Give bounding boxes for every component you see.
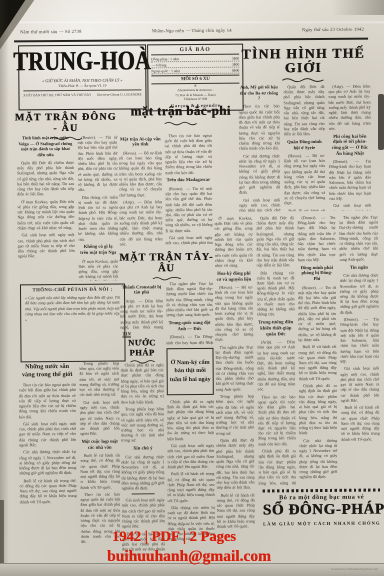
body-paragraph: Giá sinh hoạt mỗi ngày một cao, chính ph… xyxy=(340,366,379,403)
body-paragraph: (Domei). — Tin Đông-kinh cho hay hạm đội… xyxy=(166,334,214,345)
price-row: — 6 tháng 3$00 xyxy=(151,62,239,68)
body-paragraph: Giá sinh hoạt mỗi ngày một cao, chính ph… xyxy=(122,497,165,529)
body-paragraph: Giá sinh hoạt mỗi ngày một cao, chính ph… xyxy=(79,399,119,436)
body-paragraph: Chính phủ đã ra nghị định ấn định giá bá… xyxy=(121,362,164,404)
article-column: Theo tin các báo ngoại quốc thì cuộc hội… xyxy=(164,133,212,247)
headline-north-africa-front: mặt trận bắc-phi xyxy=(118,103,244,126)
underline-ornament-icon xyxy=(164,120,198,125)
price-label: Đông-pháp : 1 năm xyxy=(151,57,179,61)
body-paragraph: (Reuter). — Tin từ mặt trận cho hay quân… xyxy=(165,186,213,233)
price-row: Đông-pháp : 1 năm 5$00 xyxy=(151,56,239,62)
body-paragraph: Trong phiên họp hôm qua, các nghị viên đ… xyxy=(121,406,164,443)
body-paragraph: Chính phủ đã ra nghị định ấn định giá bá… xyxy=(166,399,214,441)
headline-western-front: MẶT TRẬN TÂY-ÂU xyxy=(119,252,214,281)
dateline-date: Ngày thứ sáu 23 Octobre 1942 xyxy=(302,27,364,32)
body-paragraph: (Arip). — Đêm hôm qua phi cơ Anh lại bay… xyxy=(120,298,163,331)
article-lede: Tình hình mặt trận miền Volga — Ở Stalin… xyxy=(18,135,73,158)
headline-france-news: TIN NƯỚC PHÁP xyxy=(119,332,164,364)
price-label: Ngoại-quốc : 1 năm xyxy=(151,69,180,73)
body-paragraph: Trong phiên họp hôm qua, các nghị viên đ… xyxy=(216,394,254,436)
scanned-content: Năm thứ mười sáu — Số 2738 Nhâm-Ngọ niên… xyxy=(0,0,384,576)
masthead-address: Thiên-Phúc B — Ấn-quán VI, 19 xyxy=(58,84,106,88)
body-paragraph: (Arip). — Đêm hôm qua phi cơ Anh lại bay… xyxy=(119,199,162,246)
underline-ornament-icon xyxy=(281,77,325,83)
article-column: Quân đội Đức đã chiếm được mấy dãy phố p… xyxy=(283,84,325,211)
article-column: (Arip). — Đêm hôm qua phi cơ Anh lại bay… xyxy=(328,84,371,211)
article-lede: Anh, Mỹ gởi tối hậu thư cho Ba-tư chống … xyxy=(239,84,278,101)
body-paragraph: Quân đội Đức đã chiếm được mấy dãy phố p… xyxy=(256,215,294,268)
gerant-name: Directeur-Gérant G. LEGENDRE xyxy=(97,92,142,96)
publication-days: XUẤT BẢN THỨ BA, THỨ NĂM VÀ THỨ BẢY xyxy=(23,93,91,98)
body-paragraph: Tàu ngầm phe Trục lại đánh đắm ngoài Đại… xyxy=(165,281,213,318)
sub-headline: Tin ngắn xyxy=(340,264,377,270)
lottery-ad: Bỏ ra một đồng bạc mua vé SỔ ĐÔNG-PHÁP L… xyxy=(263,489,381,527)
article-column: Ở mạn Kavkaz, quân Đức tiến về phía các … xyxy=(214,216,255,555)
headline-text: TÌNH HÌNH THẾ GIỚI xyxy=(241,46,365,76)
headline-text: NƯỚC PHÁP xyxy=(119,337,164,357)
article-column: Thành Cronstadt bị tàn phá(Arip). — Đêm … xyxy=(120,281,163,330)
sub-headline: Không có gì lạ trên mặt trận Nga xyxy=(79,244,117,256)
ad-title: SỔ ĐÔNG-PHÁP xyxy=(263,502,381,520)
body-paragraph: Buổi lễ cử hành rất trọng thể, có đông đ… xyxy=(217,492,255,529)
article-headline: Những nước sẵn vàng trong thế giới xyxy=(20,363,75,380)
body-paragraph: Chính phủ đã ra nghị định ấn định giá bá… xyxy=(258,448,296,486)
masthead-motto: « GIỮ ĐỨC ÁI NHÂN, NOI THEO CHÂN LÝ » xyxy=(42,77,122,83)
body-paragraph: (Domei). — Tin Đông-kinh cho hay hạm đội… xyxy=(297,215,335,262)
sub-headline: Thành Cronstadt bị tàn phá xyxy=(121,284,162,296)
sub-headline: Trung-quốc xung đột Anh — Đức xyxy=(167,320,213,332)
body-paragraph: Tàu ngầm phe Trục lại đánh đắm ngoài Đại… xyxy=(215,344,253,391)
article-column: (Reuter). — Tin từ mặt trận cho hay quân… xyxy=(77,135,118,281)
body-paragraph: (Havas). — Bộ tư-lệnh tối cao loan báo r… xyxy=(119,150,162,197)
body-paragraph: Giá sinh hoạt mỗi ngày một cao, chính ph… xyxy=(239,197,280,212)
newspaper-page: Năm thứ mười sáu — Số 2738 Nhâm-Ngọ niên… xyxy=(0,0,384,576)
body-paragraph: Buổi lễ cử hành rất trọng thể, có đông đ… xyxy=(340,405,379,442)
body-paragraph: (Domei). — Tin Đông-kinh cho hay hạm đội… xyxy=(329,159,371,201)
body-paragraph: Ở mạn Kavkaz, quân Đức tiến về phía các … xyxy=(214,216,252,269)
price-note: Téléphone N° 808 xyxy=(152,97,240,102)
article-column: Tàu ngầm phe Trục lại đánh đắm ngoài Đại… xyxy=(165,281,213,345)
sub-headline: Hoa-kỳ đóng phi cơ và nguyên liệu xyxy=(216,270,252,282)
body-paragraph: (Arip). — Đêm hôm qua phi cơ Anh lại bay… xyxy=(328,84,370,131)
sub-headline: Quân Đồng-minh hội ở Syrie xyxy=(285,139,324,151)
body-paragraph: Giá sinh hoạt mỗi ngày một cao, chính ph… xyxy=(167,443,215,470)
price-row: Ngoại-quốc : 1 năm 8$00 xyxy=(151,68,239,74)
body-paragraph: Các nhà đương chức nhắc lại rằng từ ngày… xyxy=(299,437,337,479)
notice-text: Ở Nam-kỳ cấm bán thịt mỗi tuần lễ hai ng… xyxy=(170,359,211,384)
body-paragraph: Buổi lễ cử hành rất trọng thể, có đông đ… xyxy=(298,344,336,381)
article-column: (Domei). — Tin Đông-kinh cho hay hạm đội… xyxy=(297,215,337,486)
body-paragraph: Các nhà đương chức nhắc lại rằng từ ngày… xyxy=(121,454,164,491)
body-paragraph: Dân chúng các miền bị oanh tạc đã được l… xyxy=(256,270,294,317)
dateline-lunar: Nhâm-Ngọ niên — Tháng chín ngày 14 xyxy=(152,28,232,34)
headline-text: MẶT TRẬN ĐÔNG - ÂU xyxy=(15,112,117,134)
body-paragraph: Quân đội Đức đã chiếm được mấy dãy phố p… xyxy=(216,438,254,491)
body-paragraph: (Arip). — Đêm hôm qua phi cơ Anh lại bay… xyxy=(257,339,295,392)
article-column: Mặt trận Ai-cập vẫn yên tĩnh(Havas). — B… xyxy=(119,133,163,247)
body-paragraph: (Reuter). — Tin từ mặt trận cho hay quân… xyxy=(298,284,336,342)
body-paragraph: Ở mạn Kavkaz, quân Đức tiến về phía các … xyxy=(78,258,118,281)
body-paragraph: Quân đội Đức đã chiếm được mấy dãy phố p… xyxy=(283,84,324,137)
dotted-border xyxy=(263,489,381,493)
sub-headline: Một cuộc họp mặt các nhà văn xyxy=(81,439,119,451)
article-column: Trong phiên họp hôm qua, các nghị viên đ… xyxy=(79,361,121,556)
namky-notice-box: Ở Nam-kỳ cấm bán thịt mỗi tuần lễ hai ng… xyxy=(166,348,213,395)
headline-world-situation: TÌNH HÌNH THẾ GIỚI xyxy=(236,47,370,85)
body-paragraph: Buổi lễ cử hành rất trọng thể, có đông đ… xyxy=(19,478,76,505)
sub-headline: Phi công hai bên định sẽ tới phản-công g… xyxy=(330,133,370,156)
price-label: — 6 tháng xyxy=(151,63,166,67)
sub-headline: Đồng-minh phải phòng bị Đông-Phi xyxy=(299,265,335,282)
body-paragraph: Quân đội Đức đã chiếm được mấy dãy phố p… xyxy=(17,160,74,197)
price-box: GIÁ BÁO Đông-pháp : 1 năm 5$00 — 6 tháng… xyxy=(147,44,244,112)
body-paragraph: Theo tin các báo ngoại quốc thì cuộc hội… xyxy=(239,104,280,151)
body-paragraph: Chính phủ đã ra nghị định ấn định giá bá… xyxy=(299,383,337,436)
watermark-line1: 1942 | PDF | 2 Pages xyxy=(112,529,236,546)
body-paragraph: Buổi lễ cử hành rất trọng thể, có đông đ… xyxy=(80,453,120,490)
body-paragraph: (Reuter). — Tin từ mặt trận cho hay quân… xyxy=(77,135,117,193)
body-paragraph: Theo tin các báo ngoại quốc thì cuộc hội… xyxy=(164,133,212,175)
body-paragraph: Ở mạn Kavkaz, quân Đức tiến về phía các … xyxy=(17,199,74,231)
sub-headline: Xin chú ý xyxy=(122,446,163,452)
body-paragraph: Giá sinh hoạt mỗi ngày một cao, chính ph… xyxy=(19,421,76,448)
masthead-box: TRUNG-HOÀ « GIỮ ĐỨC ÁI NHÂN, NOI THEO CH… xyxy=(18,44,147,110)
newspaper-title: TRUNG-HOÀ xyxy=(13,48,151,76)
underline-ornament-icon xyxy=(151,276,181,281)
dateline: Năm thứ mười sáu — Số 2738 Nhâm-Ngọ niên… xyxy=(20,27,364,35)
body-paragraph: Trong phiên họp hôm qua, các nghị viên đ… xyxy=(79,361,119,398)
sub-headline: Trung-tướng điều khiển thiết-giáp quân Đ… xyxy=(258,319,294,336)
price-per-issue: MỖI SỐ 6 XU xyxy=(151,75,239,84)
scan-smudge xyxy=(332,0,384,15)
scan-edge-shadow xyxy=(0,0,9,576)
body-paragraph: Các nhà đương chức nhắc lại rằng từ ngày… xyxy=(239,153,280,195)
sub-headline: Trên đảo Madagascar xyxy=(166,177,212,183)
article-column: Tình hình mặt trận miền Volga — Ở Stalin… xyxy=(17,135,75,281)
top-rule xyxy=(14,38,368,42)
watermark-email: buihuuhanh@gmail.com xyxy=(107,548,271,566)
body-paragraph: Theo tin các báo ngoại quốc thì cuộc hội… xyxy=(19,382,76,419)
body-paragraph: Buổi lễ cử hành rất trọng thể, có đông đ… xyxy=(284,207,325,211)
masthead-footline: XUẤT BẢN THỨ BA, THỨ NĂM VÀ THỨ BẢY Dire… xyxy=(23,90,141,98)
quote-box-title: THỐNG-CHẾ PÉTAIN ĐÃ NÓI : xyxy=(25,288,120,294)
article-column: Những nước sẵn vàng trong thế giớiTheo t… xyxy=(19,361,78,556)
article-column: Quân đội Đức đã chiếm được mấy dãy phố p… xyxy=(256,215,296,486)
headline-text: MẶT TRẬN TÂY-ÂU xyxy=(119,252,213,274)
body-paragraph: Theo tin các báo ngoại quốc thì cuộc hội… xyxy=(257,394,295,447)
scan-credit: Scanned by buihuuhanh@gmail.com xyxy=(331,567,378,571)
article-column: Chính phủ đã ra nghị định ấn định giá bá… xyxy=(121,362,166,555)
article-column: Tàu ngầm phe Trục lại đánh đắm ngoài Đại… xyxy=(339,215,380,467)
body-paragraph: Các nhà đương chức nhắc lại rằng từ ngày… xyxy=(19,449,76,476)
body-paragraph: Tàu ngầm phe Trục lại đánh đắm ngoài Đại… xyxy=(339,215,378,262)
body-paragraph: Buổi lễ cử hành rất trọng thể, có đông đ… xyxy=(167,471,215,503)
body-paragraph: Giá sinh hoạt mỗi ngày một cao, chính ph… xyxy=(18,232,75,259)
body-paragraph: Các nhà đương chức nhắc lại rằng từ ngày… xyxy=(339,273,378,315)
article-column: Anh, Mỹ gởi tối hậu thư cho Ba-tư chống … xyxy=(238,84,280,211)
sub-headline: Mặt trận Ai-cập vẫn yên tĩnh xyxy=(120,136,161,148)
petain-quote-box: THỐNG-CHẾ PÉTAIN ĐÃ NÓI : « Các người nê… xyxy=(20,284,126,363)
body-paragraph: Dân chúng các miền bị oanh tạc đã được l… xyxy=(78,194,118,241)
headline-text: mặt trận bắc-phi xyxy=(130,103,230,119)
ad-tagline: Bỏ ra một đồng bạc mua vé xyxy=(263,494,381,502)
price-box-title: GIÁ BÁO xyxy=(151,47,239,56)
dateline-issue: Năm thứ mười sáu — Số 2738 xyxy=(20,29,82,34)
scan-edge-mark xyxy=(378,94,384,150)
quote-box-text: « Các người nên nhớ lấy những ngày đau đ… xyxy=(25,295,120,323)
body-paragraph: (Havas). — Bộ tư-lệnh tối cao loan báo r… xyxy=(284,153,325,206)
body-paragraph: Giá sinh hoạt mỗi ngày một cao, chính ph… xyxy=(165,235,213,247)
body-paragraph: (Havas). — Bộ tư-lệnh tối cao loan báo r… xyxy=(215,285,253,343)
body-paragraph: (Domei). — Tin Đông-kinh cho hay hạm đội… xyxy=(340,317,379,364)
divider xyxy=(131,494,155,495)
ad-subtitle: LÀM GIÀU MỘT CÁCH NHANH CHÓNG xyxy=(263,521,381,527)
body-paragraph: Giá sinh hoạt mỗi ngày một cao, chính ph… xyxy=(329,203,371,211)
